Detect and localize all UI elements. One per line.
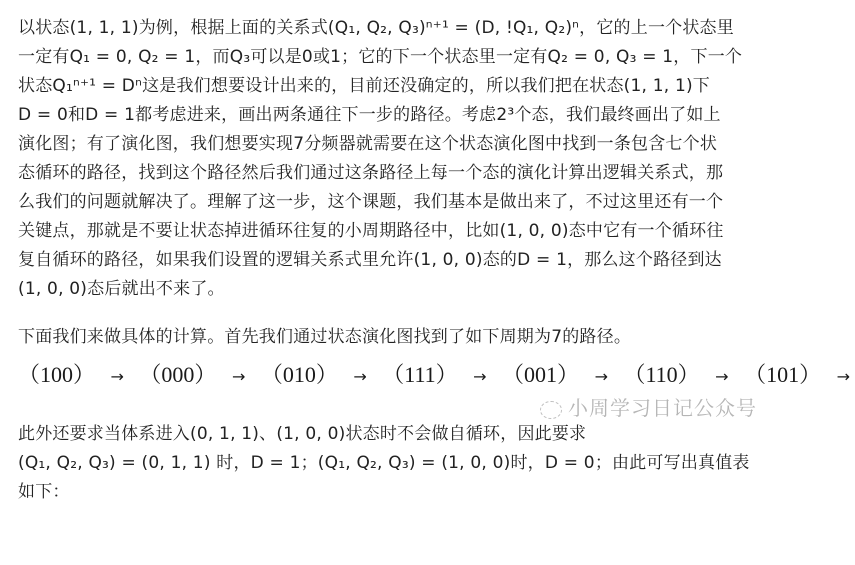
text-line: 么我们的问题就解决了。理解了这一步，这个课题，我们基本是做出来了，不过这里还有一… (18, 188, 848, 217)
text-line: D = 0和D = 1都考虑进来，画出两条通往下一步的路径。考虑2³个态，我们最… (18, 101, 848, 130)
text-line: 下面我们来做具体的计算。首先我们通过状态演化图找到了如下周期为7的路径。 (18, 323, 848, 352)
arrow-right-icon: → (595, 360, 608, 394)
state-node: （001） (502, 358, 579, 392)
text-line: 演化图；有了演化图，我们想要实现7分频器就需要在这个状态演化图中找到一条包含七个… (18, 130, 848, 159)
watermark: 小周学习日记公众号 (540, 392, 757, 421)
text-line: 一定有Q₁ = 0, Q₂ = 1，而Q₃可以是0或1；它的下一个状态里一定有Q… (18, 43, 848, 72)
state-node: （101） (744, 358, 821, 392)
text-line: (1, 0, 0)态后就出不来了。 (18, 275, 848, 304)
paragraph-self-loop-constraint: 此外还要求当体系进入(0, 1, 1)、(1, 0, 0)状态时不会做自循环，因… (18, 420, 848, 507)
paragraph-calculation-intro: 下面我们来做具体的计算。首先我们通过状态演化图找到了如下周期为7的路径。 (18, 323, 848, 352)
text-line: 复自循环的路径，如果我们设置的逻辑关系式里允许(1, 0, 0)态的D = 1，… (18, 246, 848, 275)
text-line: 此外还要求当体系进入(0, 1, 1)、(1, 0, 0)状态时不会做自循环，因… (18, 420, 848, 449)
text-line: 如下： (18, 478, 848, 507)
arrow-right-icon: → (353, 360, 366, 394)
paragraph-gap (18, 304, 848, 323)
arrow-right-icon: → (837, 360, 850, 394)
arrow-right-icon: → (473, 360, 486, 394)
state-cycle-path: （100） → （000） → （010） → （111） → （001） → … (18, 358, 848, 394)
arrow-right-icon: → (715, 360, 728, 394)
paragraph-state-analysis: 以状态(1, 1, 1)为例，根据上面的关系式(Q₁, Q₂, Q₃)ⁿ⁺¹ =… (18, 14, 848, 304)
state-node: （111） (382, 358, 457, 392)
text-line: 关键点，那就是不要让状态掉进循环往复的小周期路径中，比如(1, 0, 0)态中它… (18, 217, 848, 246)
text-line: (Q₁, Q₂, Q₃) = (0, 1, 1) 时，D = 1；(Q₁, Q₂… (18, 449, 848, 478)
text-line: 以状态(1, 1, 1)为例，根据上面的关系式(Q₁, Q₂, Q₃)ⁿ⁺¹ =… (18, 14, 848, 43)
state-node: （100） (18, 358, 95, 392)
text-line: 状态Q₁ⁿ⁺¹ = Dⁿ这是我们想要设计出来的，目前还没确定的，所以我们把在状态… (18, 72, 848, 101)
state-node: （000） (139, 358, 216, 392)
arrow-right-icon: → (232, 360, 245, 394)
state-node: （010） (261, 358, 338, 392)
watermark-text: 小周学习日记公众号 (568, 396, 757, 420)
wechat-logo-icon (540, 401, 562, 419)
state-node: （110） (623, 358, 699, 392)
text-line: 态循环的路径，找到这个路径然后我们通过这条路径上每一个态的演化计算出逻辑关系式，… (18, 159, 848, 188)
article-body: 以状态(1, 1, 1)为例，根据上面的关系式(Q₁, Q₂, Q₃)ⁿ⁺¹ =… (18, 14, 848, 507)
arrow-right-icon: → (111, 360, 124, 394)
